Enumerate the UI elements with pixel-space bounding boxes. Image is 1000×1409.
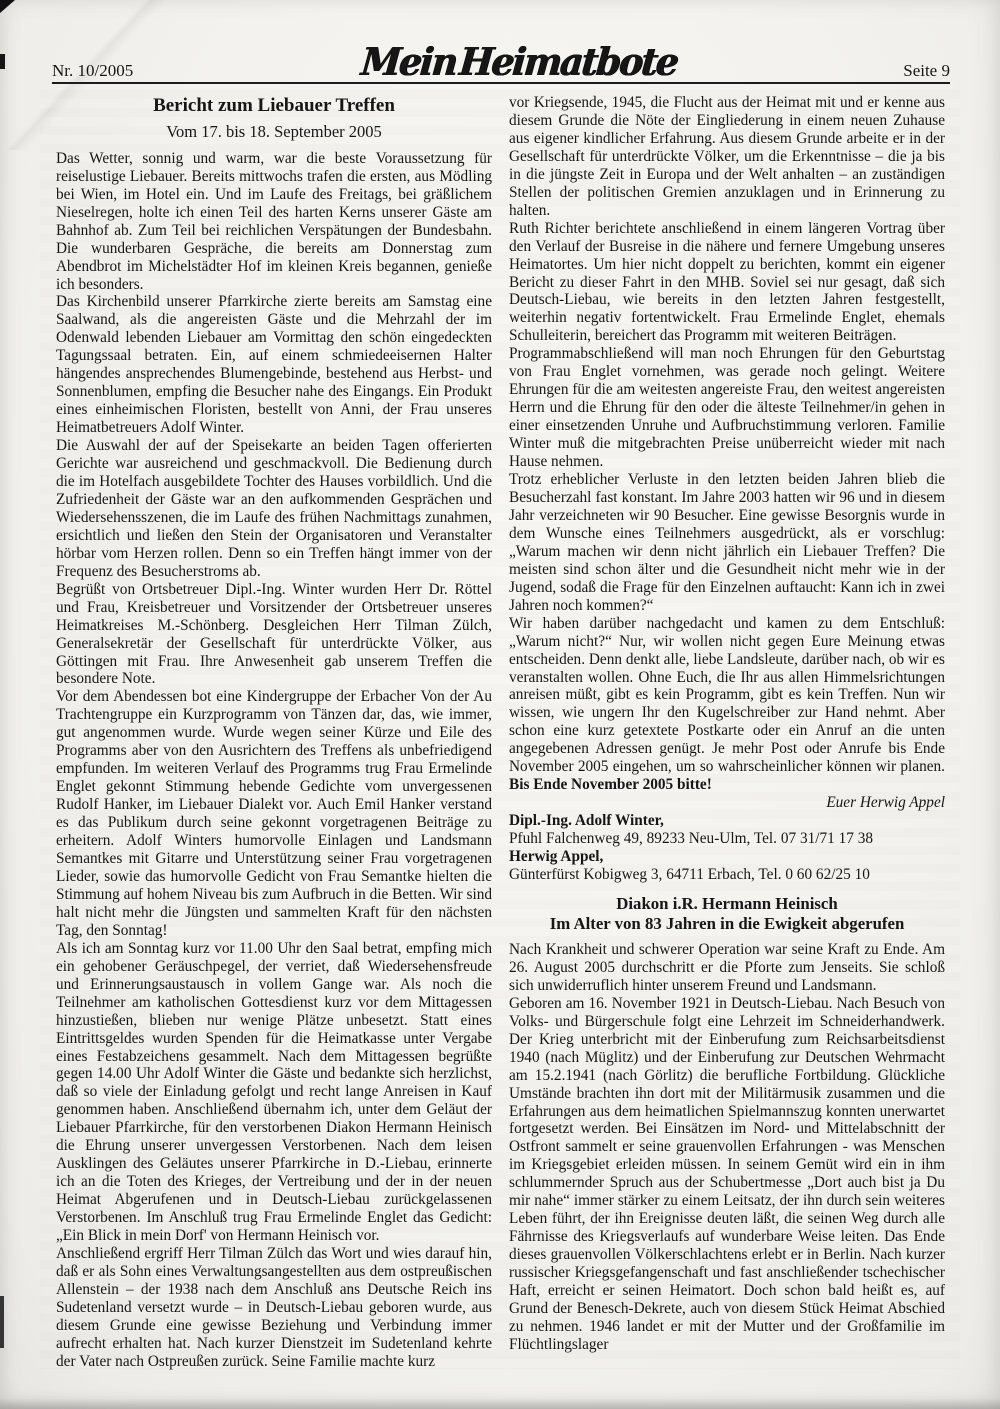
deadline-emphasis: Bis Ende November 2005 bitte! bbox=[509, 776, 712, 793]
contact-name: Dipl.-Ing. Adolf Winter, bbox=[509, 812, 945, 830]
article1-paragraph: Vor dem Abendessen bot eine Kindergruppe… bbox=[56, 688, 492, 939]
article1-signature: Euer Herwig Appel bbox=[509, 794, 945, 812]
masthead-logo: Mein Heimatbote bbox=[360, 47, 678, 79]
article1-subtitle: Vom 17. bis 18. September 2005 bbox=[56, 122, 492, 142]
article1-paragraph-continued: vor Kriegsende, 1945, die Flucht aus der… bbox=[509, 94, 945, 220]
contact-address: Pfuhl Falchenweg 49, 89233 Neu-Ulm, Tel.… bbox=[509, 830, 945, 848]
issue-number: Nr. 10/2005 bbox=[52, 62, 133, 79]
scanned-newsletter-page: Nr. 10/2005 Mein Heimatbote Seite 9 Beri… bbox=[0, 0, 1000, 1409]
article1-title: Bericht zum Liebauer Treffen bbox=[56, 95, 492, 117]
paragraph-text: Wir haben darüber nachgedacht und kamen … bbox=[509, 615, 945, 776]
article2-paragraph: Geboren am 16. November 1921 in Deutsch-… bbox=[509, 995, 945, 1354]
article1-paragraph: Begrüßt von Ortsbetreuer Dipl.-Ing. Wint… bbox=[56, 581, 492, 689]
two-column-content: Bericht zum Liebauer Treffen Vom 17. bis… bbox=[56, 94, 945, 1371]
scan-corner-artifact bbox=[0, 0, 15, 13]
page-number: Seite 9 bbox=[903, 62, 950, 79]
right-column: vor Kriegsende, 1945, die Flucht aus der… bbox=[509, 94, 945, 1371]
article1-paragraph: Als ich am Sonntag kurz vor 11.00 Uhr de… bbox=[56, 940, 492, 1245]
article2-paragraph: Nach Krankheit und schwerer Operation wa… bbox=[509, 941, 945, 995]
article1-paragraph: Trotz erheblicher Verluste in den letzte… bbox=[509, 471, 945, 615]
article1-paragraph-with-emphasis: Wir haben darüber nachgedacht und kamen … bbox=[509, 615, 945, 795]
article1-paragraph: Die Auswahl der auf der Speisekarte an b… bbox=[56, 437, 492, 581]
scan-edge-artifact bbox=[0, 54, 5, 69]
page-header: Nr. 10/2005 Mein Heimatbote Seite 9 bbox=[52, 0, 950, 84]
article1-paragraph: Das Kirchenbild unserer Pfarrkirche zier… bbox=[56, 293, 492, 437]
article2-title-line2: Im Alter von 83 Jahren in die Ewigkeit a… bbox=[550, 914, 905, 933]
contact-address: Günterfürst Kobigweg 3, 64711 Erbach, Te… bbox=[509, 866, 945, 884]
article1-paragraph: Anschließend ergriff Herr Tilman Zülch d… bbox=[56, 1245, 492, 1371]
article2-title: Diakon i.R. Hermann Heinisch Im Alter vo… bbox=[515, 894, 939, 935]
article2-title-line1: Diakon i.R. Hermann Heinisch bbox=[616, 894, 837, 913]
article1-paragraph: Das Wetter, sonnig und warm, war die bes… bbox=[56, 150, 492, 294]
contact-name: Herwig Appel, bbox=[509, 848, 945, 866]
scan-edge-artifact bbox=[0, 1296, 4, 1348]
article1-paragraph: Ruth Richter berichtete anschließend in … bbox=[509, 220, 945, 346]
left-column: Bericht zum Liebauer Treffen Vom 17. bis… bbox=[56, 94, 492, 1371]
scan-bottom-shadow bbox=[0, 1398, 1000, 1409]
article1-paragraph: Programmabschließend will man noch Ehrun… bbox=[509, 345, 945, 471]
